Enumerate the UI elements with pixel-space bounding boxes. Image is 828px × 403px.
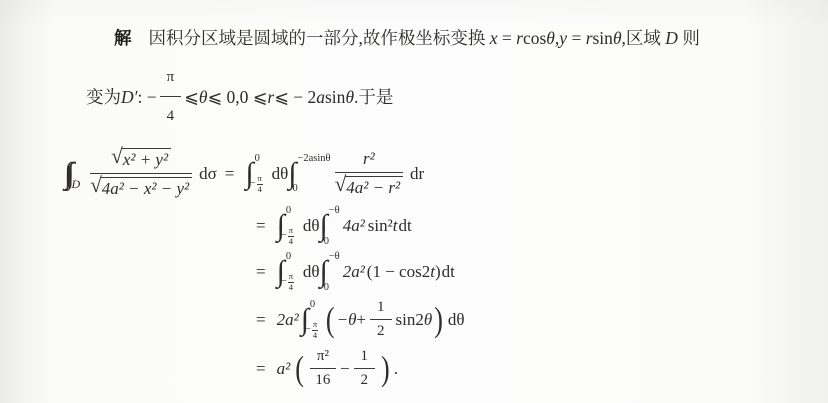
integral-lower-limit: −π4 bbox=[250, 174, 263, 195]
equals-sign: = bbox=[254, 359, 268, 379]
math-term: 2a² bbox=[277, 310, 299, 330]
integral-sign: ∫ 0 −π4 bbox=[277, 207, 300, 245]
period: . bbox=[394, 359, 398, 379]
integral-sign: ∫ −2asinθ 0 bbox=[288, 155, 330, 193]
integral-sign: ∫ 0 −π4 bbox=[245, 155, 268, 193]
math-run: + bbox=[356, 310, 366, 330]
scanned-textbook-page: 解因积分区域是圆域的一部分,故作极坐标变换 x = rcosθ,y = rsin… bbox=[0, 0, 828, 403]
radicand: x² + y² bbox=[122, 148, 171, 170]
math-run: (1 − cos2 bbox=[367, 262, 430, 282]
differential: dr bbox=[410, 164, 424, 184]
differential: dθ bbox=[303, 262, 320, 282]
math-function: sin2 bbox=[396, 310, 424, 330]
solution-paragraph-line-1: 解因积分区域是圆域的一部分,故作极坐标变换 x = rcosθ,y = rsin… bbox=[114, 22, 808, 54]
integral-sign: ∫ −θ 0 bbox=[319, 253, 342, 291]
math-var: x bbox=[490, 28, 498, 48]
differential: dθ bbox=[303, 216, 320, 236]
math-term: −θ bbox=[337, 310, 357, 330]
text-run: 则 bbox=[678, 28, 700, 48]
math-var: D′ bbox=[121, 81, 137, 113]
open-paren: ( bbox=[326, 302, 335, 337]
text-run: 因积分区域是圆域的一部分,故作极坐标变换 bbox=[149, 28, 490, 48]
text-run: ⩽ − 2 bbox=[274, 81, 316, 113]
equation-line-5: = a² ( π²16 − 12 ) . bbox=[254, 348, 808, 389]
math-var: r bbox=[267, 81, 274, 113]
integral-region-label: D bbox=[71, 177, 80, 192]
math-function: sin² bbox=[368, 216, 393, 236]
fraction-denominator: 16 bbox=[310, 369, 336, 389]
integral-lower-limit: 0 bbox=[292, 184, 297, 195]
equation-line-1: ∫ ∫ D √x² + y² √4a² − x² − y² dσ = ∫ bbox=[64, 148, 808, 199]
close-paren: ) bbox=[434, 302, 443, 337]
fraction: √x² + y² √4a² − x² − y² bbox=[90, 148, 192, 199]
integral-upper-limit: 0 bbox=[286, 206, 291, 217]
sqrt-sign: √4a² − x² − y² bbox=[90, 177, 192, 199]
math-var: θ bbox=[546, 28, 555, 48]
math-var: t bbox=[393, 216, 398, 236]
equation-line-2: = ∫ 0 −π4 dθ ∫ −θ 0 4a² sin² bbox=[254, 207, 808, 245]
text-run: 变为 bbox=[86, 81, 121, 113]
math-var: D bbox=[665, 28, 678, 48]
fraction-denominator: √4a² − x² − y² bbox=[90, 174, 192, 199]
integral-upper-limit: 0 bbox=[310, 300, 315, 311]
math-var: r bbox=[586, 28, 593, 48]
math-var: θ bbox=[199, 81, 208, 113]
radicand: 4a² − x² − y² bbox=[101, 177, 192, 199]
integral-upper-limit: −θ bbox=[329, 206, 340, 217]
equation-block: ∫ ∫ D √x² + y² √4a² − x² − y² dσ = ∫ bbox=[64, 148, 808, 389]
fraction: π4 bbox=[160, 61, 182, 132]
math-run: − bbox=[340, 359, 350, 379]
integral-lower-limit: 0 bbox=[324, 283, 329, 294]
equation-line-3: = ∫ 0 −π4 dθ ∫ −θ 0 2a² (1 − bbox=[254, 253, 808, 291]
text-run: 区域 bbox=[626, 28, 665, 48]
fraction: π²16 bbox=[310, 348, 336, 389]
differential: dθ bbox=[448, 310, 465, 330]
differential: dσ bbox=[199, 164, 217, 184]
page-content: 解因积分区域是圆域的一部分,故作极坐标变换 x = rcosθ,y = rsin… bbox=[64, 22, 808, 389]
open-paren: ( bbox=[295, 351, 304, 386]
integral-lower-limit: −π4 bbox=[281, 272, 294, 293]
integral-lower-limit: 0 bbox=[324, 237, 329, 248]
sqrt-sign: √x² + y² bbox=[111, 148, 171, 170]
fraction-numerator: 1 bbox=[370, 299, 392, 320]
equals-sign: = bbox=[223, 164, 237, 184]
text-run: = bbox=[498, 28, 517, 48]
math-term: 4a² bbox=[343, 216, 365, 236]
math-var: y bbox=[559, 28, 567, 48]
integral-upper-limit: −θ bbox=[329, 252, 340, 263]
text-run: 于是 bbox=[358, 81, 393, 113]
double-integral-sign: ∫ ∫ D bbox=[64, 157, 82, 191]
math-run: ) bbox=[435, 262, 441, 282]
radicand: 4a² − r² bbox=[345, 176, 403, 198]
fraction-denominator: 2 bbox=[370, 320, 392, 340]
integral-upper-limit: 0 bbox=[286, 252, 291, 263]
math-var: a bbox=[316, 81, 325, 113]
math-var: r bbox=[516, 28, 523, 48]
text-run: ⩽ bbox=[184, 81, 199, 113]
fraction-numerator: 1 bbox=[354, 348, 376, 369]
fraction-numerator: √x² + y² bbox=[90, 148, 192, 174]
equals-sign: = bbox=[254, 310, 268, 330]
integral-sign: ∫ 0 −π4 bbox=[301, 301, 324, 339]
text-run: : − bbox=[137, 81, 156, 113]
math-var: θ bbox=[424, 310, 432, 330]
integral-upper-limit: −2asinθ bbox=[297, 154, 330, 165]
integral-upper-limit: 0 bbox=[255, 154, 260, 165]
text-run: = bbox=[567, 28, 586, 48]
math-term: a² bbox=[277, 359, 291, 379]
integral-sign: ∫ 0 −π4 bbox=[277, 253, 300, 291]
integral-lower-limit: −π4 bbox=[281, 226, 294, 247]
math-function: sin bbox=[593, 28, 613, 48]
differential: dθ bbox=[272, 164, 289, 184]
differential: dt bbox=[442, 262, 455, 282]
equals-sign: = bbox=[254, 216, 268, 236]
fraction-numerator: π bbox=[160, 61, 182, 97]
math-function: sin bbox=[325, 81, 345, 113]
math-term: 2a² bbox=[343, 262, 365, 282]
math-var: θ bbox=[345, 81, 354, 113]
solution-paragraph-line-2: 变为 D′: −π4 ⩽ θ ⩽ 0,0 ⩽ r ⩽ − 2asinθ. 于是 bbox=[86, 61, 808, 132]
fraction-denominator: √4a² − r² bbox=[335, 173, 403, 198]
fraction: 12 bbox=[354, 348, 376, 389]
differential: dt bbox=[398, 216, 411, 236]
math-var: θ bbox=[613, 28, 622, 48]
fraction-numerator: π² bbox=[310, 348, 336, 369]
fraction-denominator: 2 bbox=[354, 369, 376, 389]
equals-sign: = bbox=[254, 262, 268, 282]
solution-label: 解 bbox=[114, 28, 133, 48]
equation-line-4: = 2a² ∫ 0 −π4 ( −θ + 12 sin2 θ ) dθ bbox=[254, 299, 808, 340]
integral-lower-limit: −π4 bbox=[305, 320, 318, 341]
math-function: cos bbox=[523, 28, 546, 48]
fraction: r² √4a² − r² bbox=[335, 149, 403, 198]
integral-sign: ∫ −θ 0 bbox=[319, 207, 342, 245]
text-run: ⩽ 0,0 ⩽ bbox=[207, 81, 267, 113]
fraction-numerator: r² bbox=[335, 149, 403, 173]
fraction-denominator: 4 bbox=[160, 97, 182, 132]
close-paren: ) bbox=[381, 351, 390, 386]
sqrt-sign: √4a² − r² bbox=[335, 176, 403, 198]
fraction: 12 bbox=[370, 299, 392, 340]
